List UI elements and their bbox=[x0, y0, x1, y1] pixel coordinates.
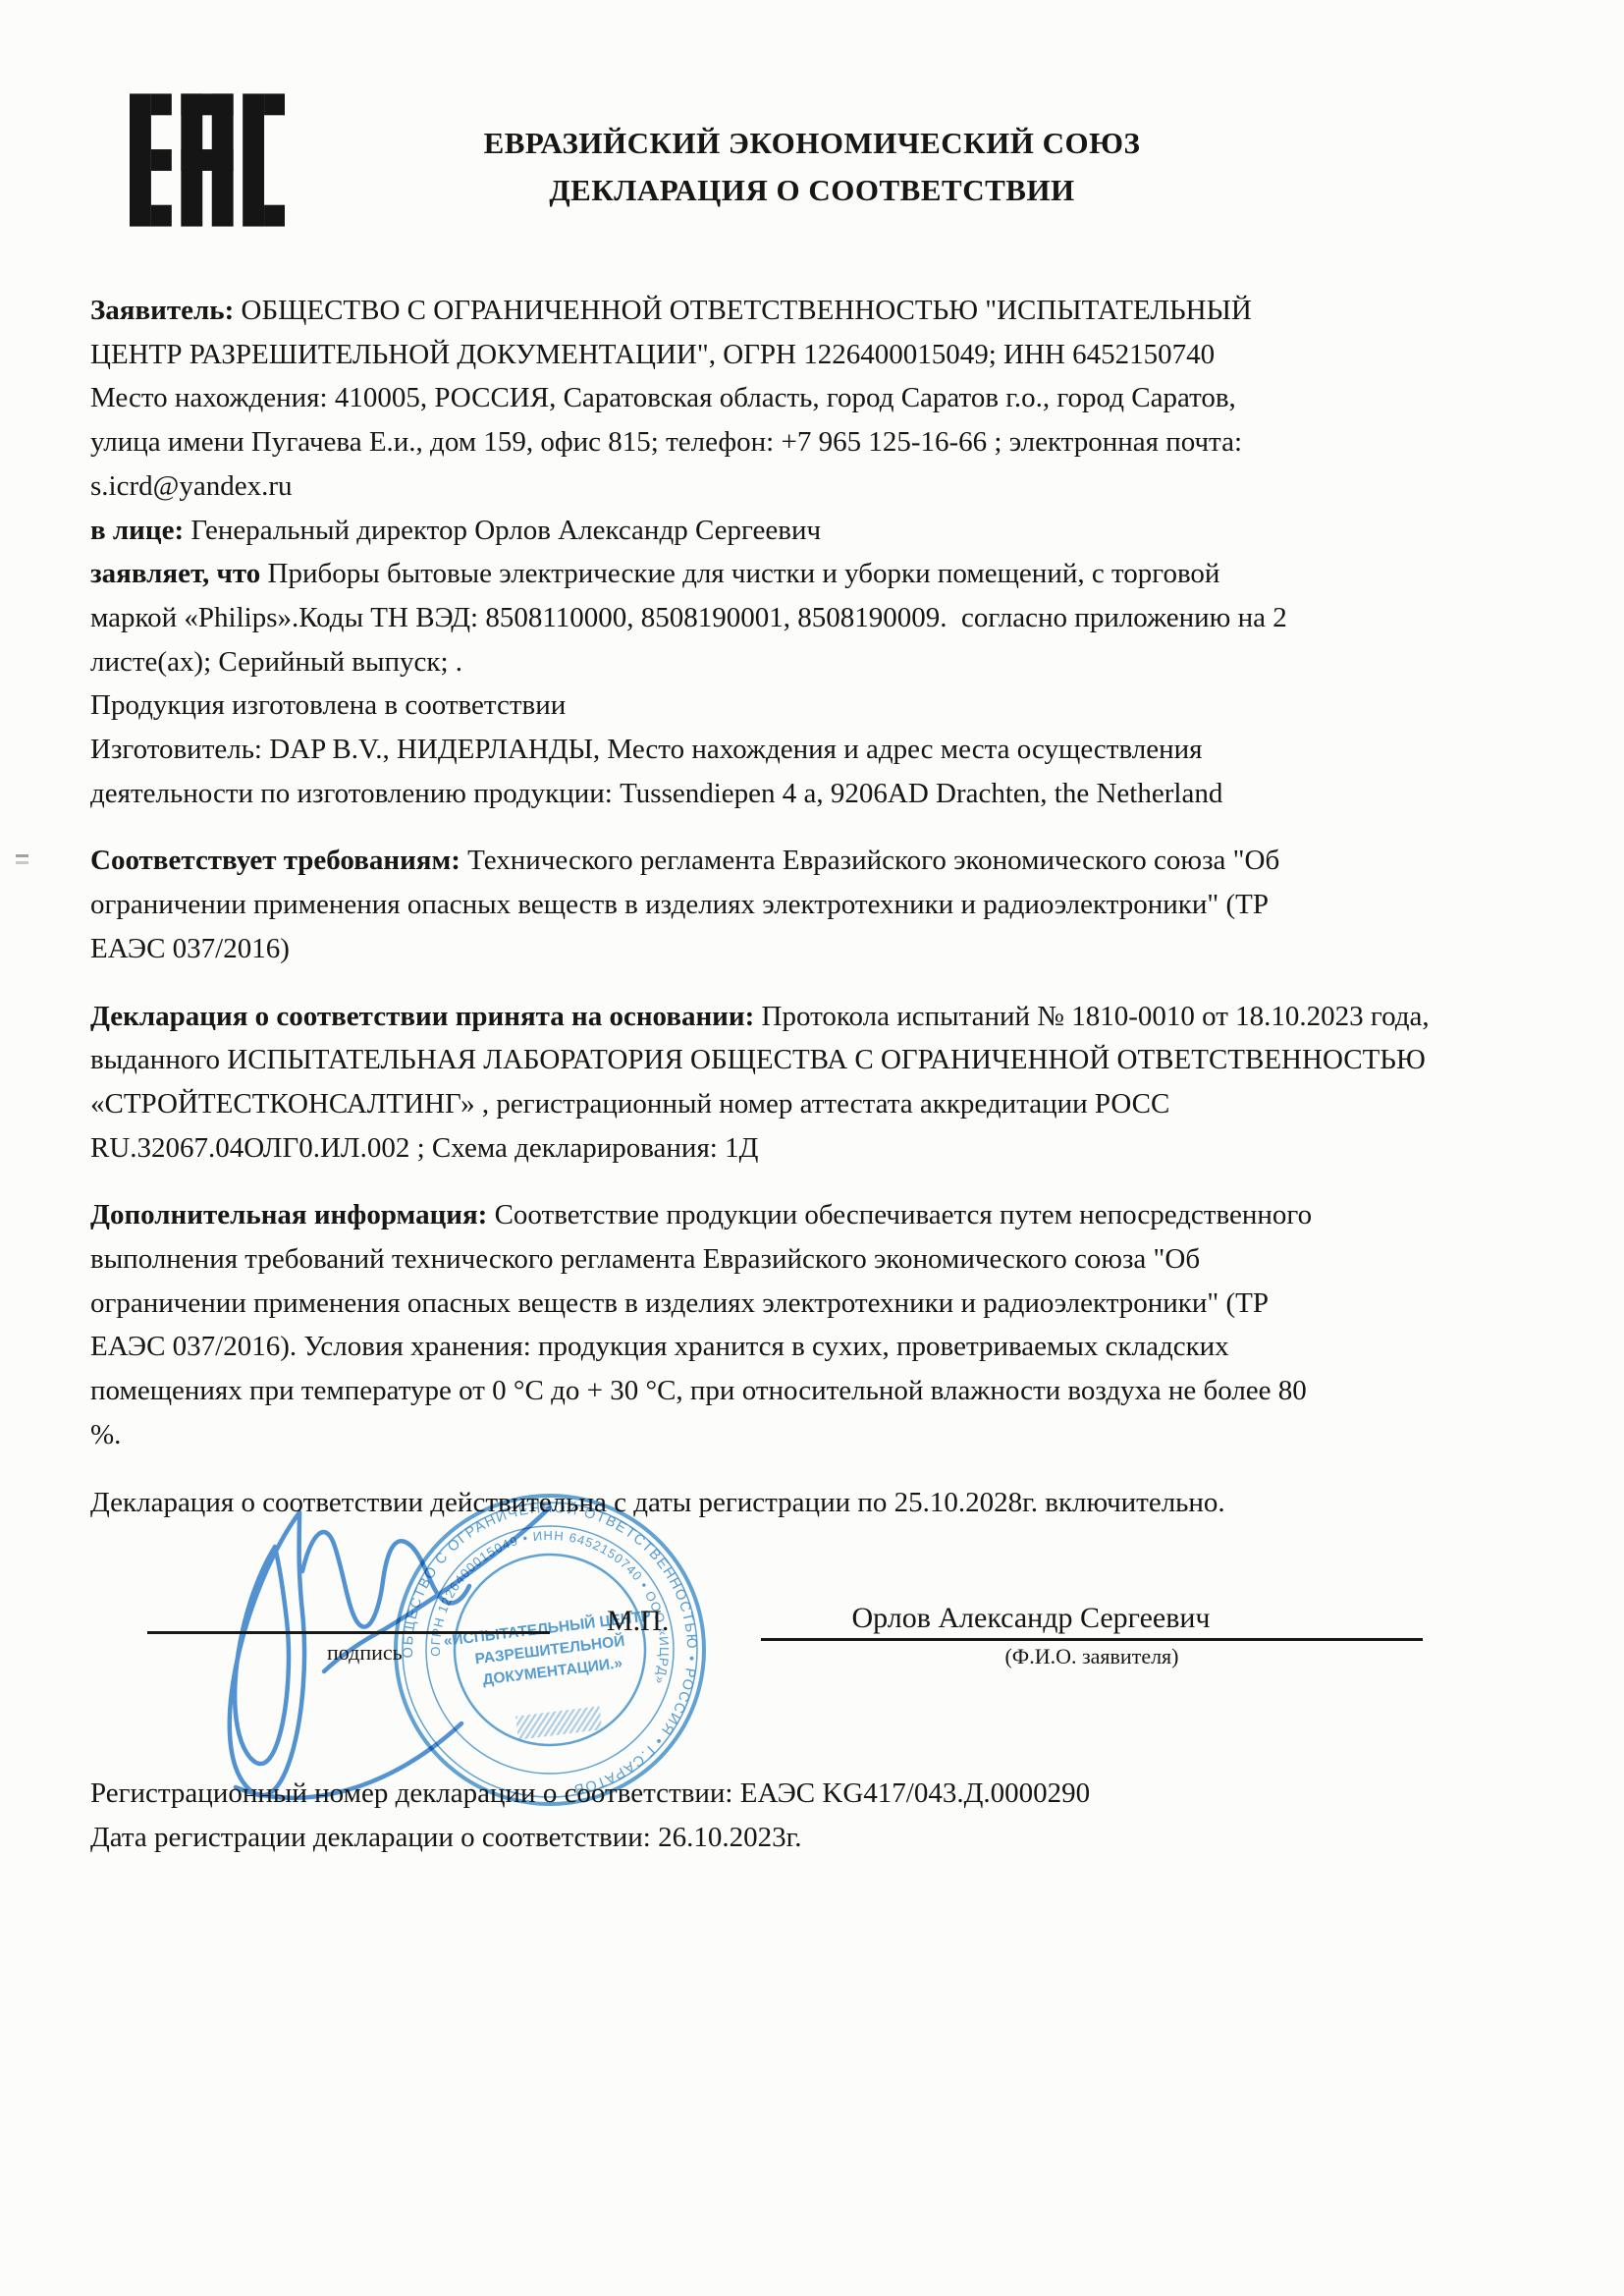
registration-number-line: Регистрационный номер декларации о соотв… bbox=[90, 1772, 1090, 1816]
doc-line: Продукция изготовлена в соответствии bbox=[90, 683, 1542, 728]
declaration-document: ЕВРАЗИЙСКИЙ ЭКОНОМИЧЕСКИЙ СОЮЗ ДЕКЛАРАЦИ… bbox=[0, 0, 1624, 2296]
doc-line: «СТРОЙТЕСТКОНСАЛТИНГ» , регистрационный … bbox=[90, 1082, 1542, 1126]
stamp-barcode-band bbox=[515, 1706, 602, 1739]
signer-name: Орлов Александр Сергеевич bbox=[766, 1602, 1296, 1635]
paragraph: Декларация о соответствии принята на осн… bbox=[90, 995, 1542, 1171]
doc-line: Соответствует требованиям: Технического … bbox=[90, 839, 1542, 883]
doc-line: ЕАЭС 037/2016) bbox=[90, 927, 1542, 971]
doc-line: деятельности по изготовлению продукции: … bbox=[90, 772, 1542, 816]
doc-line: ЕАЭС 037/2016). Условия хранения: продук… bbox=[90, 1325, 1542, 1369]
doc-line: маркой «Philips».Коды ТН ВЭД: 8508110000… bbox=[90, 596, 1542, 640]
signature-line bbox=[147, 1631, 550, 1634]
signature-caption: подпись bbox=[327, 1640, 403, 1666]
doc-line: выполнения требований технического регла… bbox=[90, 1237, 1542, 1282]
document-body: Заявитель: ОБЩЕСТВО С ОГРАНИЧЕННОЙ ОТВЕТ… bbox=[90, 289, 1542, 1548]
title-line-union: ЕВРАЗИЙСКИЙ ЭКОНОМИЧЕСКИЙ СОЮЗ bbox=[0, 120, 1624, 167]
mp-label: М.П. bbox=[607, 1605, 669, 1638]
registration-date-line: Дата регистрации декларации о соответств… bbox=[90, 1816, 1090, 1860]
doc-line: ограничении применения опасных веществ в… bbox=[90, 1282, 1542, 1326]
document-title: ЕВРАЗИЙСКИЙ ЭКОНОМИЧЕСКИЙ СОЮЗ ДЕКЛАРАЦИ… bbox=[0, 120, 1624, 214]
registration-info: Регистрационный номер декларации о соотв… bbox=[90, 1772, 1090, 1860]
doc-line: листе(ах); Серийный выпуск; . bbox=[90, 640, 1542, 684]
doc-line: заявляет, что Приборы бытовые электричес… bbox=[90, 552, 1542, 596]
title-line-declaration: ДЕКЛАРАЦИЯ О СООТВЕТСТВИИ bbox=[0, 167, 1624, 214]
doc-line: ЦЕНТР РАЗРЕШИТЕЛЬНОЙ ДОКУМЕНТАЦИИ", ОГРН… bbox=[90, 333, 1542, 377]
doc-line: %. bbox=[90, 1413, 1542, 1457]
signer-name-caption: (Ф.И.О. заявителя) bbox=[761, 1644, 1423, 1669]
doc-line: Место нахождения: 410005, РОССИЯ, Сарато… bbox=[90, 376, 1542, 420]
scan-artifact bbox=[16, 854, 28, 864]
doc-line: RU.32067.04ОЛГ0.ИЛ.002 ; Схема деклариро… bbox=[90, 1126, 1542, 1171]
doc-line: улица имени Пугачева Е.и., дом 159, офис… bbox=[90, 420, 1542, 465]
paragraph: Заявитель: ОБЩЕСТВО С ОГРАНИЧЕННОЙ ОТВЕТ… bbox=[90, 289, 1542, 815]
doc-line: Дополнительная информация: Соответствие … bbox=[90, 1193, 1542, 1237]
doc-line: помещениях при температуре от 0 °С до + … bbox=[90, 1369, 1542, 1413]
paragraph: Дополнительная информация: Соответствие … bbox=[90, 1193, 1542, 1456]
signer-name-line bbox=[761, 1638, 1423, 1641]
doc-line: ограничении применения опасных веществ в… bbox=[90, 883, 1542, 927]
doc-line: s.icrd@yandex.ru bbox=[90, 465, 1542, 509]
doc-line: Изготовитель: DAP B.V., НИДЕРЛАНДЫ, Мест… bbox=[90, 728, 1542, 772]
stamp-text: ОБЩЕСТВО С ОГРАНИЧЕННОЙ ОТВЕТСТВЕННОСТЬЮ… bbox=[384, 1483, 717, 1816]
doc-line: выданного ИСПЫТАТЕЛЬНАЯ ЛАБОРАТОРИЯ ОБЩЕ… bbox=[90, 1038, 1542, 1082]
doc-line: Заявитель: ОБЩЕСТВО С ОГРАНИЧЕННОЙ ОТВЕТ… bbox=[90, 289, 1542, 333]
doc-line: в лице: Генеральный директор Орлов Алекс… bbox=[90, 509, 1542, 553]
paragraph: Соответствует требованиям: Технического … bbox=[90, 839, 1542, 970]
doc-line: Декларация о соответствии принята на осн… bbox=[90, 995, 1542, 1039]
